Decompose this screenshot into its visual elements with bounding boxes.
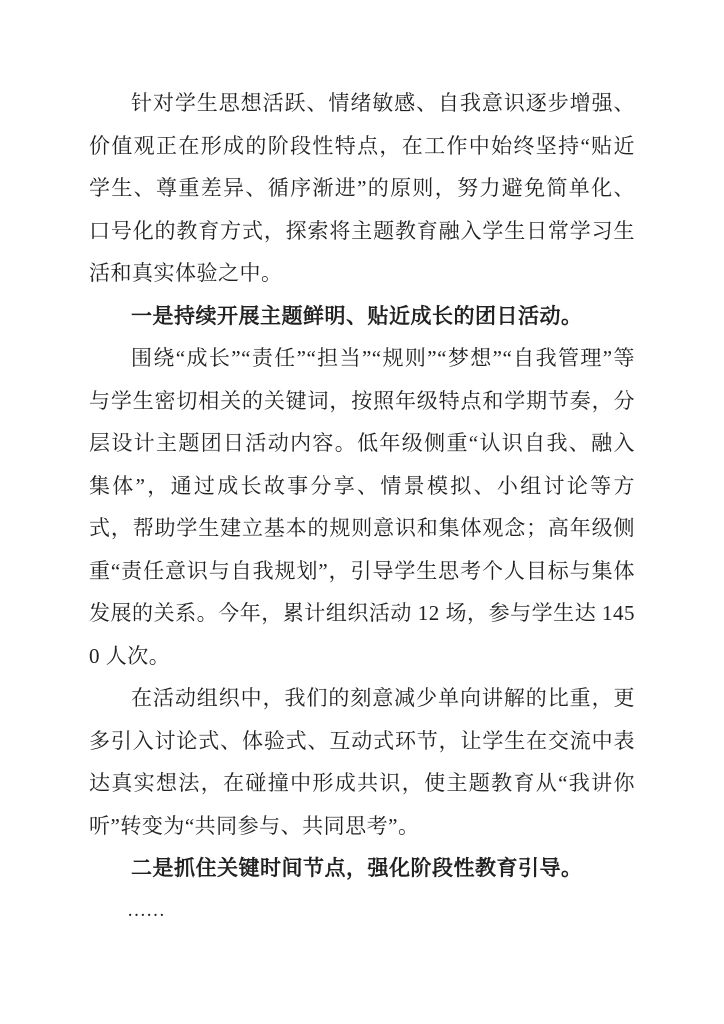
- paragraph-intro: 针对学生思想活跃、情绪敏感、自我意识逐步增强、价值观正在形成的阶段性特点，在工作…: [89, 82, 635, 295]
- paragraph-league-day-activities: 围绕“成长”“责任”“担当”“规则”“梦想”“自我管理”等与学生密切相关的关键词…: [89, 337, 635, 677]
- paragraph-activity-organization: 在活动组织中，我们的刻意减少单向讲解的比重，更多引入讨论式、体验式、互动式环节，…: [89, 677, 635, 847]
- document-page: 针对学生思想活跃、情绪敏感、自我意识逐步增强、价值观正在形成的阶段性特点，在工作…: [0, 0, 724, 1024]
- heading-section-1: 一是持续开展主题鲜明、贴近成长的团日活动。: [89, 295, 635, 338]
- ellipsis-marker: ……: [89, 890, 635, 933]
- heading-section-2: 二是抓住关键时间节点，强化阶段性教育引导。: [89, 847, 635, 890]
